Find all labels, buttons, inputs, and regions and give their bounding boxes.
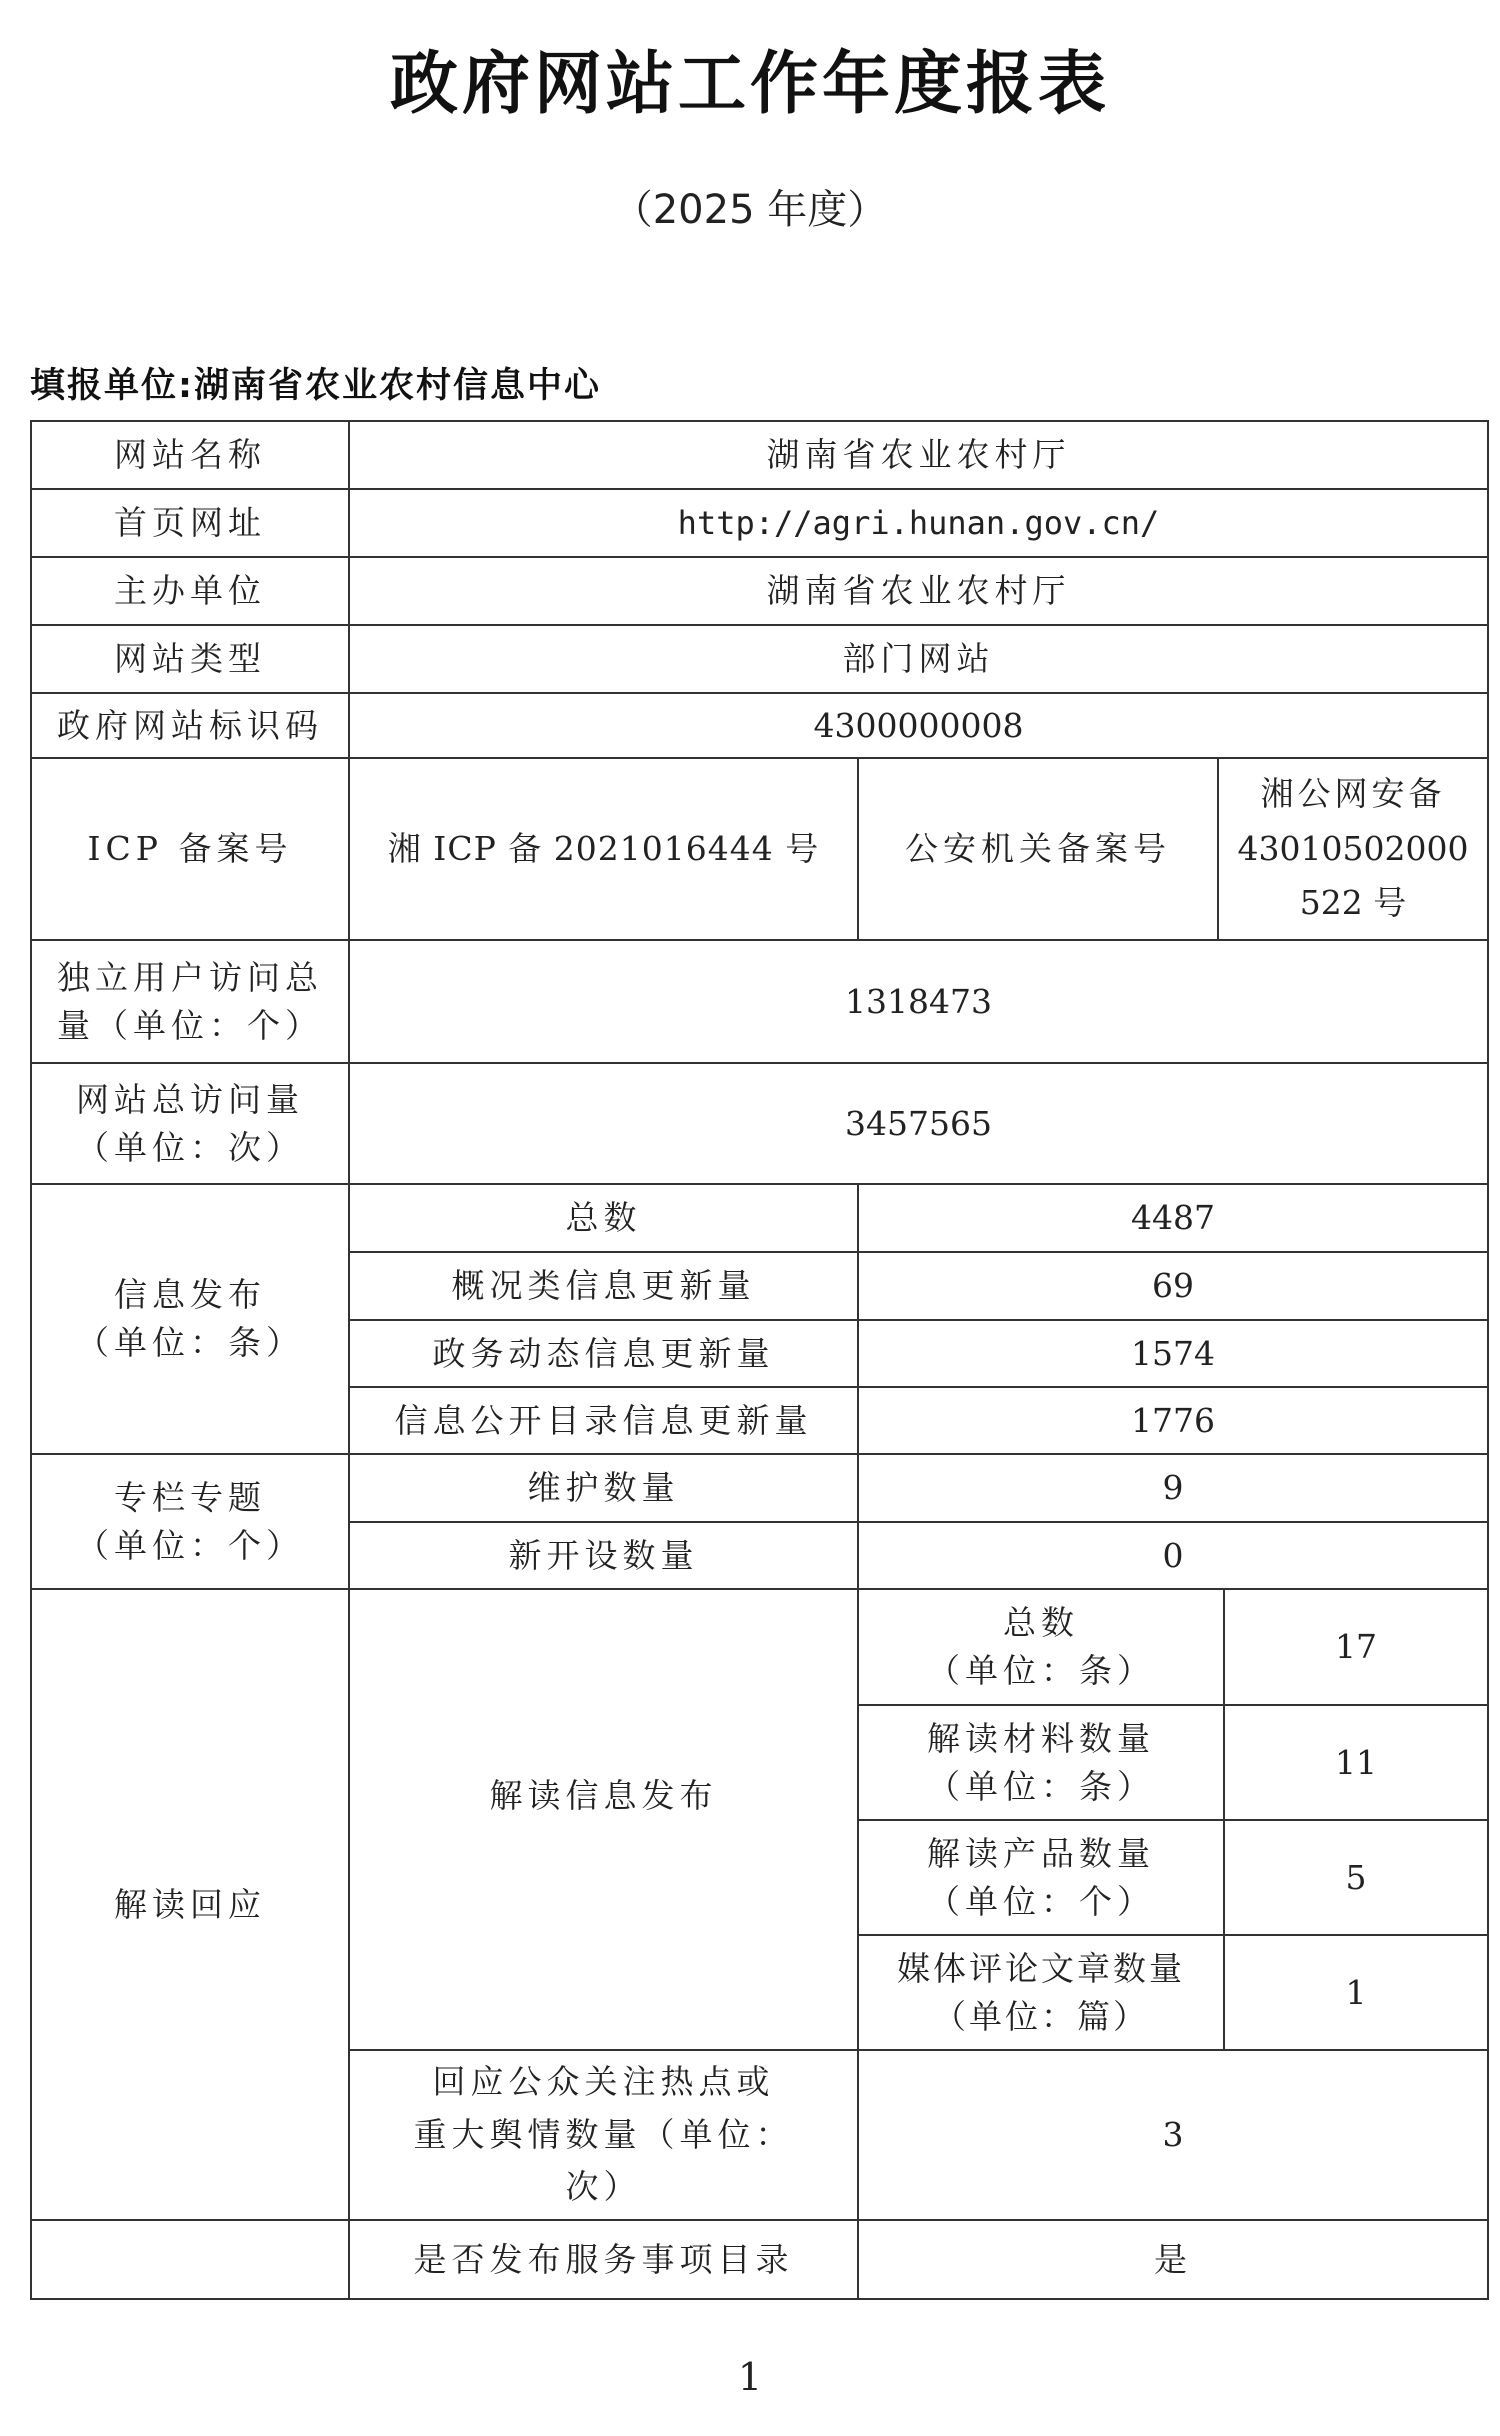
police-record-line2: 43010502000: [1238, 822, 1469, 876]
overview-updates-label: 概况类信息更新量: [348, 1251, 859, 1321]
interp-materials-value: 11: [1223, 1704, 1489, 1821]
columns-maintained-label: 维护数量: [348, 1453, 859, 1523]
interp-total-label-line2: （单位：条）: [927, 1647, 1155, 1695]
site-id-code-value: 4300000008: [348, 692, 1489, 759]
interp-products-label: 解读产品数量 （单位：个）: [857, 1819, 1225, 1936]
interp-total-value: 17: [1223, 1588, 1489, 1706]
overview-updates-value: 69: [857, 1251, 1489, 1321]
public-response-label-line2: 重大舆情数量（单位：: [414, 2109, 794, 2162]
homepage-url-link[interactable]: http://agri.hunan.gov.cn/: [348, 488, 1489, 558]
reporting-unit: 填报单位:湖南省农业农村信息中心: [30, 358, 601, 408]
page-title: 政府网站工作年度报表: [0, 30, 1500, 127]
public-response-label: 回应公众关注热点或 重大舆情数量（单位： 次）: [348, 2049, 859, 2221]
gov-news-updates-label: 政务动态信息更新量: [348, 1319, 859, 1388]
site-name-value: 湖南省农业农村厅: [348, 420, 1489, 490]
police-record-line1: 湘公网安备: [1261, 767, 1446, 821]
columns-maintained-value: 9: [857, 1453, 1489, 1523]
interp-products-value: 5: [1223, 1819, 1489, 1936]
columns-label-line1: 专栏专题: [114, 1474, 266, 1522]
info-publish-label-line2: （单位：条）: [76, 1319, 304, 1367]
columns-label-line2: （单位：个）: [76, 1522, 304, 1570]
interp-materials-label: 解读材料数量 （单位：条）: [857, 1704, 1225, 1821]
total-visits-value: 3457565: [348, 1062, 1489, 1185]
unique-visitors-label: 独立用户访问总 量（单位：个）: [30, 939, 350, 1064]
interp-total-label-line1: 总数: [1003, 1599, 1079, 1647]
info-publish-label-line1: 信息发布: [114, 1271, 266, 1319]
interp-products-label-line2: （单位：个）: [927, 1878, 1155, 1926]
info-publish-total-value: 4487: [857, 1183, 1489, 1253]
interp-products-label-line1: 解读产品数量: [927, 1830, 1155, 1878]
info-publish-total-label: 总数: [348, 1183, 859, 1253]
sponsor-value: 湖南省农业农村厅: [348, 556, 1489, 626]
total-visits-label-line1: 网站总访问量: [76, 1076, 304, 1124]
info-publish-label: 信息发布 （单位：条）: [30, 1183, 350, 1455]
police-record-value: 湘公网安备 43010502000 522 号: [1217, 757, 1489, 941]
site-id-code-label: 政府网站标识码: [30, 692, 350, 759]
site-name-label: 网站名称: [30, 420, 350, 490]
public-response-value: 3: [857, 2049, 1489, 2221]
interp-materials-label-line1: 解读材料数量: [927, 1715, 1155, 1763]
police-record-label: 公安机关备案号: [857, 757, 1219, 941]
service-catalog-label: 是否发布服务事项目录: [348, 2219, 859, 2300]
unique-visitors-value: 1318473: [348, 939, 1489, 1064]
media-articles-label-line2: （单位：篇）: [933, 1993, 1149, 2041]
media-articles-label: 媒体评论文章数量 （单位：篇）: [857, 1934, 1225, 2051]
columns-new-value: 0: [857, 1521, 1489, 1590]
columns-label: 专栏专题 （单位：个）: [30, 1453, 350, 1590]
service-catalog-value: 是: [857, 2219, 1489, 2300]
unique-visitors-label-line2: 量（单位：个）: [57, 1002, 323, 1050]
gov-news-updates-value: 1574: [857, 1319, 1489, 1388]
police-record-line3: 522 号: [1300, 876, 1406, 930]
total-visits-label: 网站总访问量 （单位：次）: [30, 1062, 350, 1185]
total-visits-label-line2: （单位：次）: [76, 1124, 304, 1172]
sponsor-label: 主办单位: [30, 556, 350, 626]
unique-visitors-label-line1: 独立用户访问总: [57, 954, 323, 1002]
site-type-value: 部门网站: [348, 624, 1489, 694]
report-year: （2025 年度）: [0, 178, 1500, 235]
site-type-label: 网站类型: [30, 624, 350, 694]
public-response-label-line3: 次）: [566, 2161, 642, 2214]
media-articles-label-line1: 媒体评论文章数量: [897, 1945, 1185, 1993]
icp-label: ICP 备案号: [30, 757, 350, 941]
service-catalog-blank-cell: [30, 2219, 350, 2300]
disclosure-catalog-updates-value: 1776: [857, 1386, 1489, 1455]
columns-new-label: 新开设数量: [348, 1521, 859, 1590]
icp-value: 湘 ICP 备 2021016444 号: [348, 757, 859, 941]
media-articles-value: 1: [1223, 1934, 1489, 2051]
homepage-url-label: 首页网址: [30, 488, 350, 558]
page-number: 1: [0, 2355, 1500, 2399]
interpretation-label: 解读回应: [30, 1588, 350, 2221]
disclosure-catalog-updates-label: 信息公开目录信息更新量: [348, 1386, 859, 1455]
public-response-label-line1: 回应公众关注热点或: [433, 2056, 775, 2109]
interp-materials-label-line2: （单位：条）: [927, 1763, 1155, 1811]
interp-total-label: 总数 （单位：条）: [857, 1588, 1225, 1706]
interpretation-publish-label: 解读信息发布: [348, 1588, 859, 2051]
